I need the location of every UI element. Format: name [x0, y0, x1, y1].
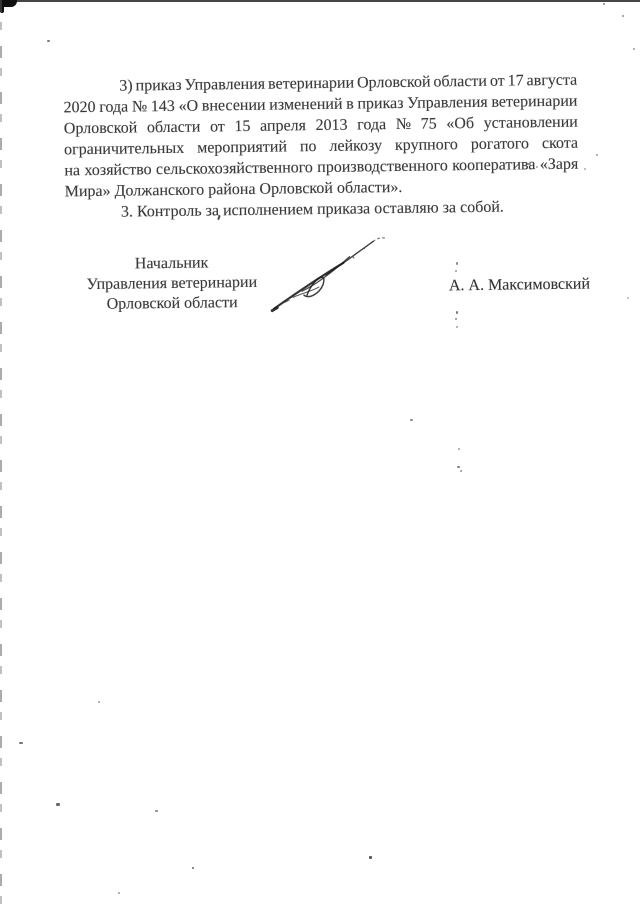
signature-title-block: Начальник Управления ветеринарии Орловск…	[65, 253, 278, 316]
scan-artifact-top-edge	[0, 0, 640, 2]
document-content: 3)приказУправленияветеринарииОрловскойоб…	[0, 0, 640, 905]
scanned-document-page: 3)приказУправленияветеринарииОрловскойоб…	[0, 0, 640, 905]
body-text: 3)приказУправленияветеринарииОрловскойоб…	[63, 70, 579, 224]
handwritten-signature-icon	[263, 229, 392, 319]
scan-artifact-left-edge	[0, 0, 2, 905]
signer-name: А. А. Максимовский	[449, 275, 590, 295]
signer-position-line: Управления ветеринарии	[66, 273, 278, 296]
signer-position-line: Начальник	[65, 253, 277, 276]
signer-position-line: Орловской области	[66, 293, 278, 316]
